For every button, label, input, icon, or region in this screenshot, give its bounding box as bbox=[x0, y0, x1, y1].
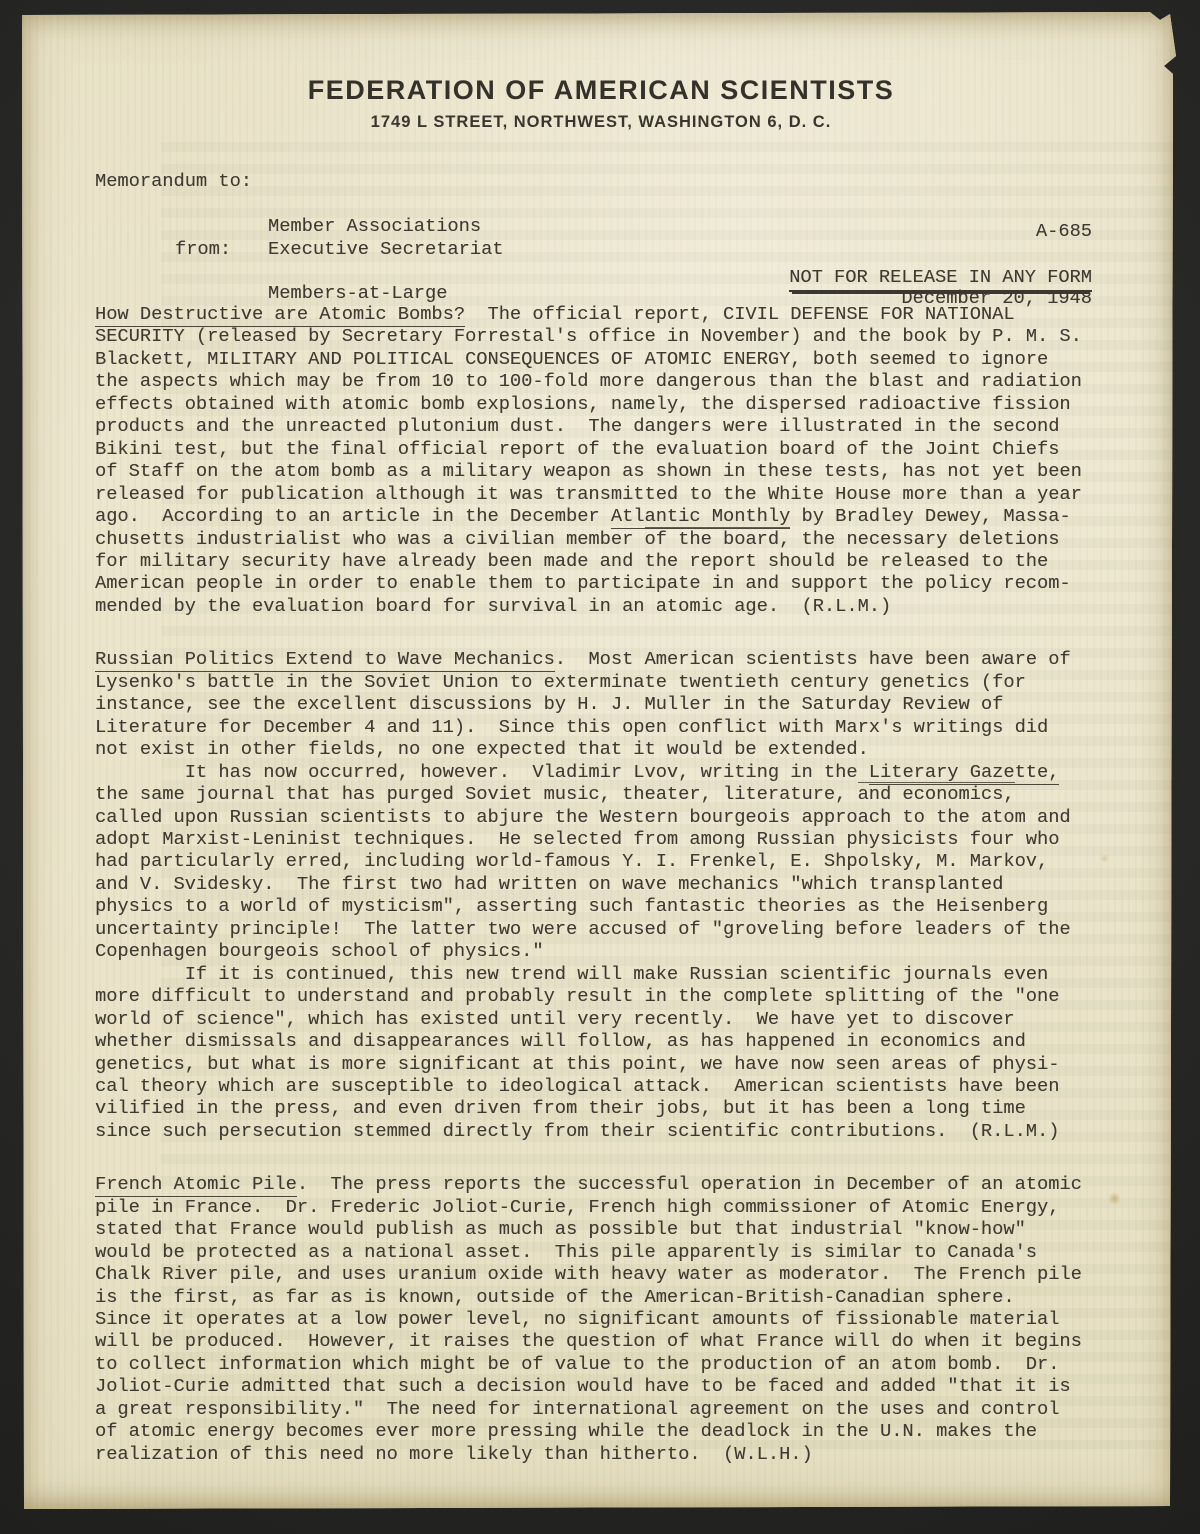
body-line: If it is continued, this new trend will … bbox=[95, 963, 1113, 985]
body-line: Blackett, MILITARY AND POLITICAL CONSEQU… bbox=[95, 348, 1113, 370]
body-line: is the first, as far as is known, outsid… bbox=[95, 1286, 1113, 1308]
body-line: vilified in the press, and even driven f… bbox=[95, 1097, 1113, 1119]
paragraph: Russian Politics Extend to Wave Mechanic… bbox=[95, 648, 1113, 760]
memo-section-russian-politics-extend-to-wave-mechanics: Russian Politics Extend to Wave Mechanic… bbox=[95, 648, 1113, 1142]
body-line: adopt Marxist-Leninist techniques. He se… bbox=[95, 828, 1113, 850]
body-line: since such persecution stemmed directly … bbox=[95, 1120, 1113, 1142]
underlined-text: Russian Politics Extend to Wave Mechanic… bbox=[95, 648, 555, 672]
memo-page: FEDERATION OF AMERICAN SCIENTISTS 1749 L… bbox=[22, 12, 1180, 1509]
body-line: called upon Russian scientists to abjure… bbox=[95, 806, 1113, 828]
body-line: chusetts industrialist who was a civilia… bbox=[95, 528, 1113, 550]
body-line: Joliot-Curie admitted that such a decisi… bbox=[95, 1375, 1113, 1397]
body-line: Copenhagen bourgeois school of physics." bbox=[95, 940, 1113, 962]
body-line: of Staff on the atom bomb as a military … bbox=[95, 460, 1113, 482]
memo-recipient-member-associations: Member Associations bbox=[268, 215, 481, 237]
body-line: pile in France. Dr. Frederic Joliot-Curi… bbox=[95, 1196, 1113, 1218]
letterhead-org-name: FEDERATION OF AMERICAN SCIENTISTS bbox=[22, 75, 1180, 106]
body-line: Since it operates at a low power level, … bbox=[95, 1308, 1113, 1330]
body-line: Literature for December 4 and 11). Since… bbox=[95, 716, 1113, 738]
paragraph: If it is continued, this new trend will … bbox=[95, 963, 1113, 1143]
underlined-text: How Destructive are Atomic Bombs? bbox=[95, 303, 465, 327]
underlined-text: Literary Gazette, bbox=[869, 761, 1060, 785]
underlined-text: Atlantic Monthly bbox=[611, 505, 790, 529]
body-line: French Atomic Pile. The press reports th… bbox=[95, 1173, 1113, 1195]
body-line: It has now occurred, however. Vladimir L… bbox=[95, 761, 1113, 783]
memo-section-how-destructive-are-atomic-bombs: How Destructive are Atomic Bombs? The of… bbox=[95, 303, 1113, 617]
body-line: more difficult to understand and probabl… bbox=[95, 985, 1113, 1007]
body-line: genetics, but what is more significant a… bbox=[95, 1053, 1113, 1075]
body-line: instance, see the excellent discussions … bbox=[95, 693, 1113, 715]
memo-recipient-members-at-large: Members-at-Large bbox=[268, 282, 481, 304]
body-line: the same journal that has purged Soviet … bbox=[95, 783, 1113, 805]
memo-body: How Destructive are Atomic Bombs? The of… bbox=[95, 303, 1113, 1465]
body-line: would be protected as a national asset. … bbox=[95, 1241, 1113, 1263]
body-line: How Destructive are Atomic Bombs? The of… bbox=[95, 303, 1113, 325]
body-line: SECURITY (released by Secretary Forresta… bbox=[95, 325, 1113, 347]
body-line: for military security have already been … bbox=[95, 550, 1113, 572]
release-notice-text: NOT FOR RELEASE IN ANY FORM bbox=[789, 266, 1092, 292]
body-line: world of science", which has existed unt… bbox=[95, 1008, 1113, 1030]
paragraph: French Atomic Pile. The press reports th… bbox=[95, 1173, 1113, 1465]
underlined-text: French Atomic Pile bbox=[95, 1173, 297, 1197]
body-line: Russian Politics Extend to Wave Mechanic… bbox=[95, 648, 1113, 670]
body-line: and V. Svidesky. The first two had writt… bbox=[95, 873, 1113, 895]
body-line: a great responsibility." The need for in… bbox=[95, 1398, 1113, 1420]
body-line: physics to a world of mysticism", assert… bbox=[95, 895, 1113, 917]
scanned-document-stage: FEDERATION OF AMERICAN SCIENTISTS 1749 L… bbox=[0, 0, 1200, 1534]
body-line: the aspects which may be from 10 to 100-… bbox=[95, 370, 1113, 392]
body-line: cal theory which are susceptible to ideo… bbox=[95, 1075, 1113, 1097]
release-notice: NOT FOR RELEASE IN ANY FORM bbox=[722, 244, 1092, 311]
body-line: had particularly erred, including world-… bbox=[95, 850, 1113, 872]
body-line: products and the unreacted plutonium dus… bbox=[95, 415, 1113, 437]
body-line: Lysenko's battle in the Soviet Union to … bbox=[95, 671, 1113, 693]
memo-section-french-atomic-pile: French Atomic Pile. The press reports th… bbox=[95, 1173, 1113, 1465]
memo-from-label: from: bbox=[175, 238, 231, 260]
body-line: will be produced. However, it raises the… bbox=[95, 1330, 1113, 1352]
body-line: mended by the evaluation board for survi… bbox=[95, 595, 1113, 617]
body-line: of atomic energy becomes ever more press… bbox=[95, 1420, 1113, 1442]
body-line: stated that France would publish as much… bbox=[95, 1218, 1113, 1240]
body-line: realization of this need no more likely … bbox=[95, 1443, 1113, 1465]
body-line: released for publication although it was… bbox=[95, 483, 1113, 505]
memo-from-value: Executive Secretariat bbox=[268, 238, 504, 260]
paragraph: It has now occurred, however. Vladimir L… bbox=[95, 761, 1113, 963]
body-line: not exist in other fields, no one expect… bbox=[95, 738, 1113, 760]
letterhead-org-address: 1749 L STREET, NORTHWEST, WASHINGTON 6, … bbox=[22, 113, 1180, 132]
body-line: Chalk River pile, and uses uranium oxide… bbox=[95, 1263, 1113, 1285]
memo-to-label: Memorandum to: bbox=[95, 170, 252, 192]
overstruck-text: of the board, bbox=[645, 527, 791, 550]
memo-doc-number: A-685 bbox=[901, 220, 1092, 242]
body-line: ago. According to an article in the Dece… bbox=[95, 505, 1113, 527]
body-line: effects obtained with atomic bomb explos… bbox=[95, 393, 1113, 415]
body-line: whether dismissals and disappearances wi… bbox=[95, 1030, 1113, 1052]
body-line: Bikini test, but the final official repo… bbox=[95, 438, 1113, 460]
body-line: American people in order to enable them … bbox=[95, 572, 1113, 594]
body-line: uncertainty principle! The latter two we… bbox=[95, 918, 1113, 940]
overstruck-text: and economics, bbox=[858, 782, 1015, 805]
body-line: to collect information which might be of… bbox=[95, 1353, 1113, 1375]
paragraph: How Destructive are Atomic Bombs? The of… bbox=[95, 303, 1113, 617]
